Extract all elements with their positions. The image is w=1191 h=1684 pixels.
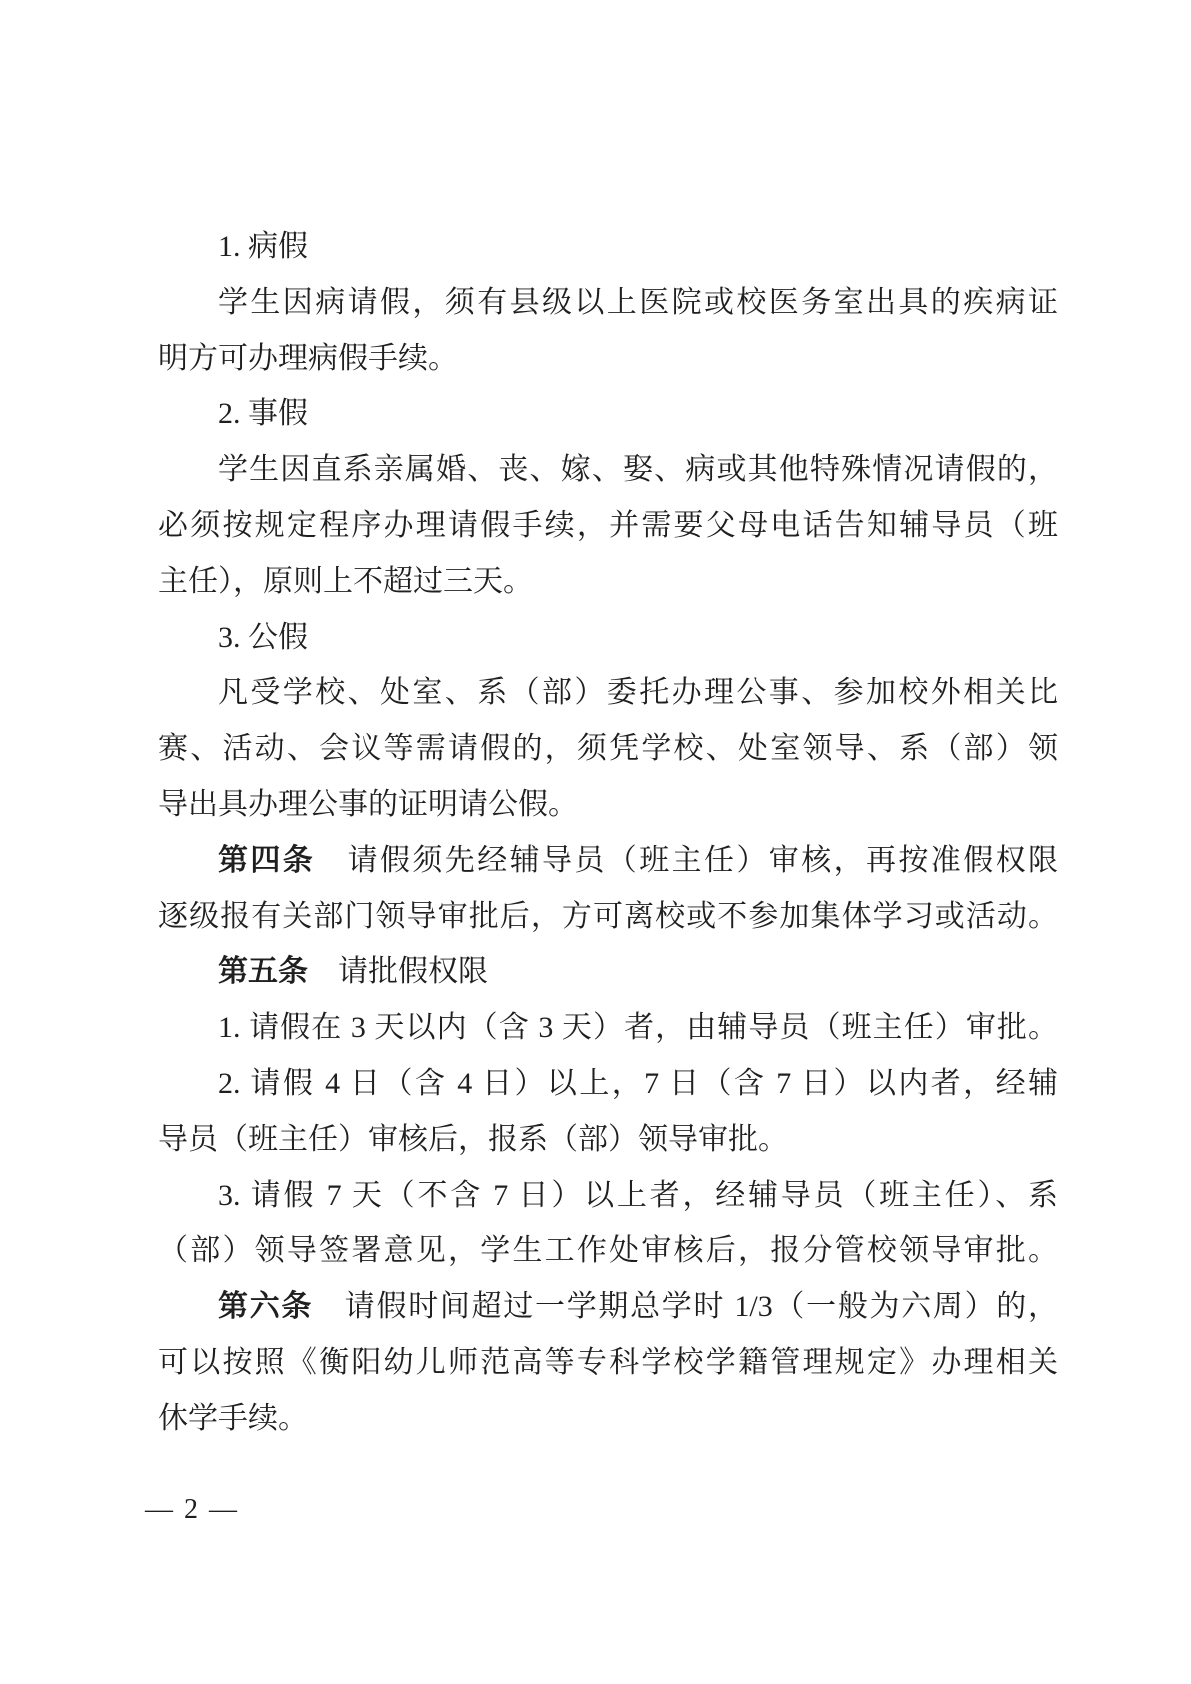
text-segment: 导出具办理公事的证明请公假。 bbox=[158, 788, 578, 821]
text-segment: 凡受学校、处室、系（部）委托办理公事、参加校外相关比 bbox=[218, 676, 1058, 709]
text-segment: 必须按规定程序办理请假手续，并需要父母电话告知辅导员（班 bbox=[158, 509, 1058, 542]
text-segment: （部）领导签署意见，学生工作处审核后，报分管校领导审批。 bbox=[158, 1234, 1058, 1267]
page-number: — 2 — bbox=[145, 1494, 239, 1526]
text-line: 必须按规定程序办理请假手续，并需要父母电话告知辅导员（班 bbox=[158, 498, 1058, 554]
text-segment: 2. 请假 4 日（含 4 日）以上，7 日（含 7 日）以内者，经辅 bbox=[218, 1067, 1058, 1100]
text-segment: 学生因病请假，须有县级以上医院或校医务室出具的疾病证 bbox=[218, 286, 1058, 319]
text-line: 休学手续。 bbox=[158, 1391, 1058, 1447]
text-line: 学生因直系亲属婚、丧、嫁、娶、病或其他特殊情况请假的， bbox=[158, 442, 1058, 498]
text-line: 3. 公假 bbox=[158, 610, 1058, 666]
text-line: 第四条 请假须先经辅导员（班主任）审核，再按准假权限 bbox=[158, 833, 1058, 889]
text-segment: 1. 请假在 3 天以内（含 3 天）者，由辅导员（班主任）审批。 bbox=[218, 1011, 1058, 1044]
article-number: 第六条 bbox=[218, 1290, 313, 1323]
text-line: 导员（班主任）审核后，报系（部）领导审批。 bbox=[158, 1112, 1058, 1168]
text-segment: 可以按照《衡阳幼儿师范高等专科学校学籍管理规定》办理相关 bbox=[158, 1346, 1058, 1379]
text-segment: 2. 事假 bbox=[218, 397, 308, 430]
text-line: （部）领导签署意见，学生工作处审核后，报分管校领导审批。 bbox=[158, 1223, 1058, 1279]
text-segment: 请假时间超过一学期总学时 1/3（一般为六周）的， bbox=[313, 1290, 1058, 1323]
text-line: 逐级报有关部门领导审批后，方可离校或不参加集体学习或活动。 bbox=[158, 889, 1058, 945]
text-line: 学生因病请假，须有县级以上医院或校医务室出具的疾病证 bbox=[158, 275, 1058, 331]
text-segment: 赛、活动、会议等需请假的，须凭学校、处室领导、系（部）领 bbox=[158, 732, 1058, 765]
text-line: 第五条 请批假权限 bbox=[158, 944, 1058, 1000]
text-segment: 3. 请假 7 天（不含 7 日）以上者，经辅导员（班主任）、系 bbox=[218, 1179, 1058, 1212]
text-line: 3. 请假 7 天（不含 7 日）以上者，经辅导员（班主任）、系 bbox=[158, 1168, 1058, 1224]
article-number: 第四条 bbox=[218, 844, 315, 877]
text-line: 明方可办理病假手续。 bbox=[158, 331, 1058, 387]
text-line: 1. 请假在 3 天以内（含 3 天）者，由辅导员（班主任）审批。 bbox=[158, 1000, 1058, 1056]
text-segment: 请假须先经辅导员（班主任）审核，再按准假权限 bbox=[315, 844, 1058, 877]
text-line: 1. 病假 bbox=[158, 219, 1058, 275]
text-segment: 导员（班主任）审核后，报系（部）领导审批。 bbox=[158, 1123, 788, 1156]
text-segment: 明方可办理病假手续。 bbox=[158, 342, 458, 375]
document-page: 1. 病假学生因病请假，须有县级以上医院或校医务室出具的疾病证明方可办理病假手续… bbox=[0, 0, 1191, 1684]
text-segment: 1. 病假 bbox=[218, 230, 308, 263]
text-line: 2. 事假 bbox=[158, 386, 1058, 442]
text-line: 导出具办理公事的证明请公假。 bbox=[158, 777, 1058, 833]
text-line: 第六条 请假时间超过一学期总学时 1/3（一般为六周）的， bbox=[158, 1279, 1058, 1335]
text-line: 可以按照《衡阳幼儿师范高等专科学校学籍管理规定》办理相关 bbox=[158, 1335, 1058, 1391]
text-segment: 逐级报有关部门领导审批后，方可离校或不参加集体学习或活动。 bbox=[158, 900, 1058, 933]
document-body: 1. 病假学生因病请假，须有县级以上医院或校医务室出具的疾病证明方可办理病假手续… bbox=[158, 219, 1058, 1447]
text-line: 赛、活动、会议等需请假的，须凭学校、处室领导、系（部）领 bbox=[158, 721, 1058, 777]
text-segment: 休学手续。 bbox=[158, 1402, 308, 1435]
text-line: 2. 请假 4 日（含 4 日）以上，7 日（含 7 日）以内者，经辅 bbox=[158, 1056, 1058, 1112]
article-number: 第五条 bbox=[218, 955, 308, 988]
text-line: 主任），原则上不超过三天。 bbox=[158, 554, 1058, 610]
text-line: 凡受学校、处室、系（部）委托办理公事、参加校外相关比 bbox=[158, 665, 1058, 721]
text-segment: 主任），原则上不超过三天。 bbox=[158, 565, 533, 598]
text-segment: 3. 公假 bbox=[218, 621, 308, 654]
text-segment: 学生因直系亲属婚、丧、嫁、娶、病或其他特殊情况请假的， bbox=[218, 453, 1058, 486]
text-segment: 请批假权限 bbox=[308, 955, 488, 988]
